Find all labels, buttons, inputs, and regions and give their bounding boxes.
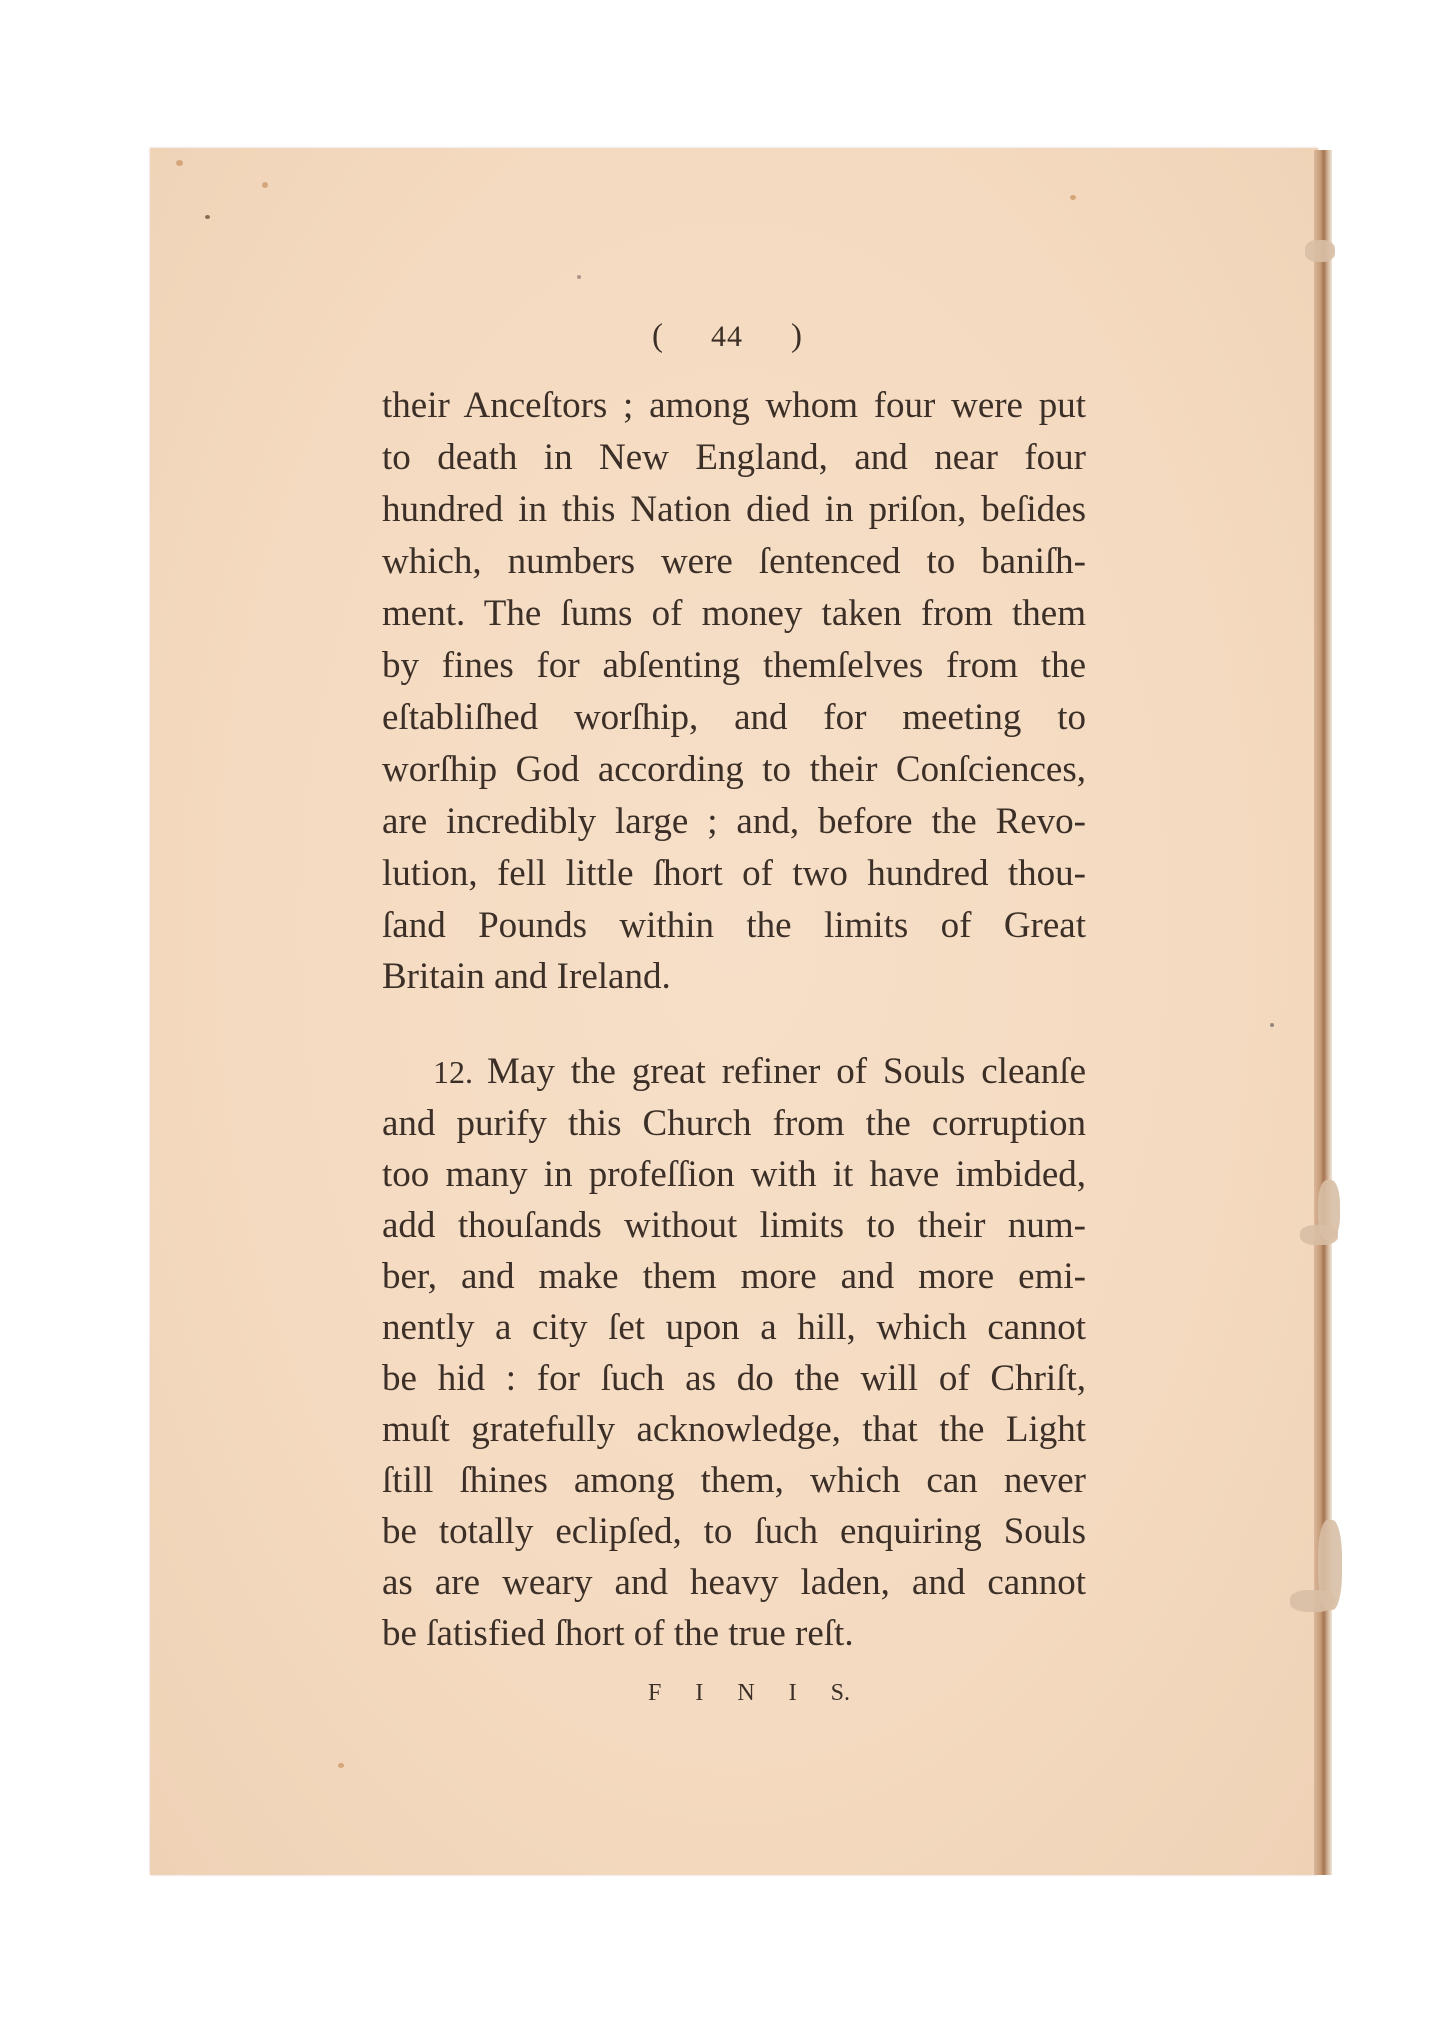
foxing-spot <box>262 182 268 188</box>
text-line: ber, and make them more and more emi- <box>382 1257 1086 1297</box>
text-line: hundred in this Nation died in priſon, b… <box>382 490 1086 530</box>
close-paren: ) <box>791 318 802 355</box>
text-line: as are weary and heavy laden, and cannot <box>382 1563 1086 1603</box>
text-line: Britain and Ireland. <box>382 957 1086 997</box>
text-line: by fines for abſenting themſelves from t… <box>382 646 1086 686</box>
text-line: ſand Pounds within the limits of Great <box>382 906 1086 946</box>
page-number: 44 <box>711 320 743 354</box>
text-line: nently a city ſet upon a hill, which can… <box>382 1308 1086 1348</box>
finis-letter: I <box>789 1680 797 1707</box>
text-line: ſtill ſhines among them, which can never <box>382 1461 1086 1501</box>
foxing-spot <box>1070 195 1076 200</box>
text-line: eſtabliſhed worſhip, and for meeting to <box>382 698 1086 738</box>
edge-tear <box>1318 1520 1342 1610</box>
text-line: are incredibly large ; and, before the R… <box>382 802 1086 842</box>
page-number-header: ( 44 ) <box>652 318 802 355</box>
foxing-spot <box>176 160 183 166</box>
edge-tear <box>1305 240 1335 262</box>
edge-tear <box>1318 1180 1340 1240</box>
text-line: May the great refiner of Souls cleanſe <box>487 1052 1086 1092</box>
finis-colophon: F I N I S. <box>648 1680 850 1707</box>
text-line: be ſatisfied ſhort of the true reſt. <box>382 1614 1086 1654</box>
text-line: ment. The ſums of money taken from them <box>382 594 1086 634</box>
text-line: lution, fell little ſhort of two hundred… <box>382 854 1086 894</box>
foxing-spot <box>577 275 581 279</box>
text-line: which, numbers were ſentenced to baniſh- <box>382 542 1086 582</box>
paragraph-number: 12. <box>433 1052 473 1092</box>
text-line: muſt gratefully acknowledge, that the Li… <box>382 1410 1086 1450</box>
finis-letter: F <box>648 1680 661 1707</box>
page-deckle-edge <box>1314 150 1332 1875</box>
foxing-spot <box>338 1763 344 1768</box>
text-line: be hid : for ſuch as do the will of Chri… <box>382 1359 1086 1399</box>
text-line: their Anceſtors ; among whom four were p… <box>382 386 1086 426</box>
foxing-spot <box>205 215 210 219</box>
text-line: add thouſands without limits to their nu… <box>382 1206 1086 1246</box>
text-line: too many in profeſſion with it have imbi… <box>382 1155 1086 1195</box>
foxing-spot <box>1270 1023 1274 1027</box>
finis-letter: N <box>737 1680 754 1707</box>
text-line: worſhip God according to their Conſcienc… <box>382 750 1086 790</box>
text-line: and purify this Church from the corrupti… <box>382 1104 1086 1144</box>
text-line: be totally eclipſed, to ſuch enquiring S… <box>382 1512 1086 1552</box>
finis-letter: S. <box>831 1680 850 1707</box>
finis-letter: I <box>695 1680 703 1707</box>
text-line: to death in New England, and near four <box>382 438 1086 478</box>
open-paren: ( <box>652 318 663 355</box>
